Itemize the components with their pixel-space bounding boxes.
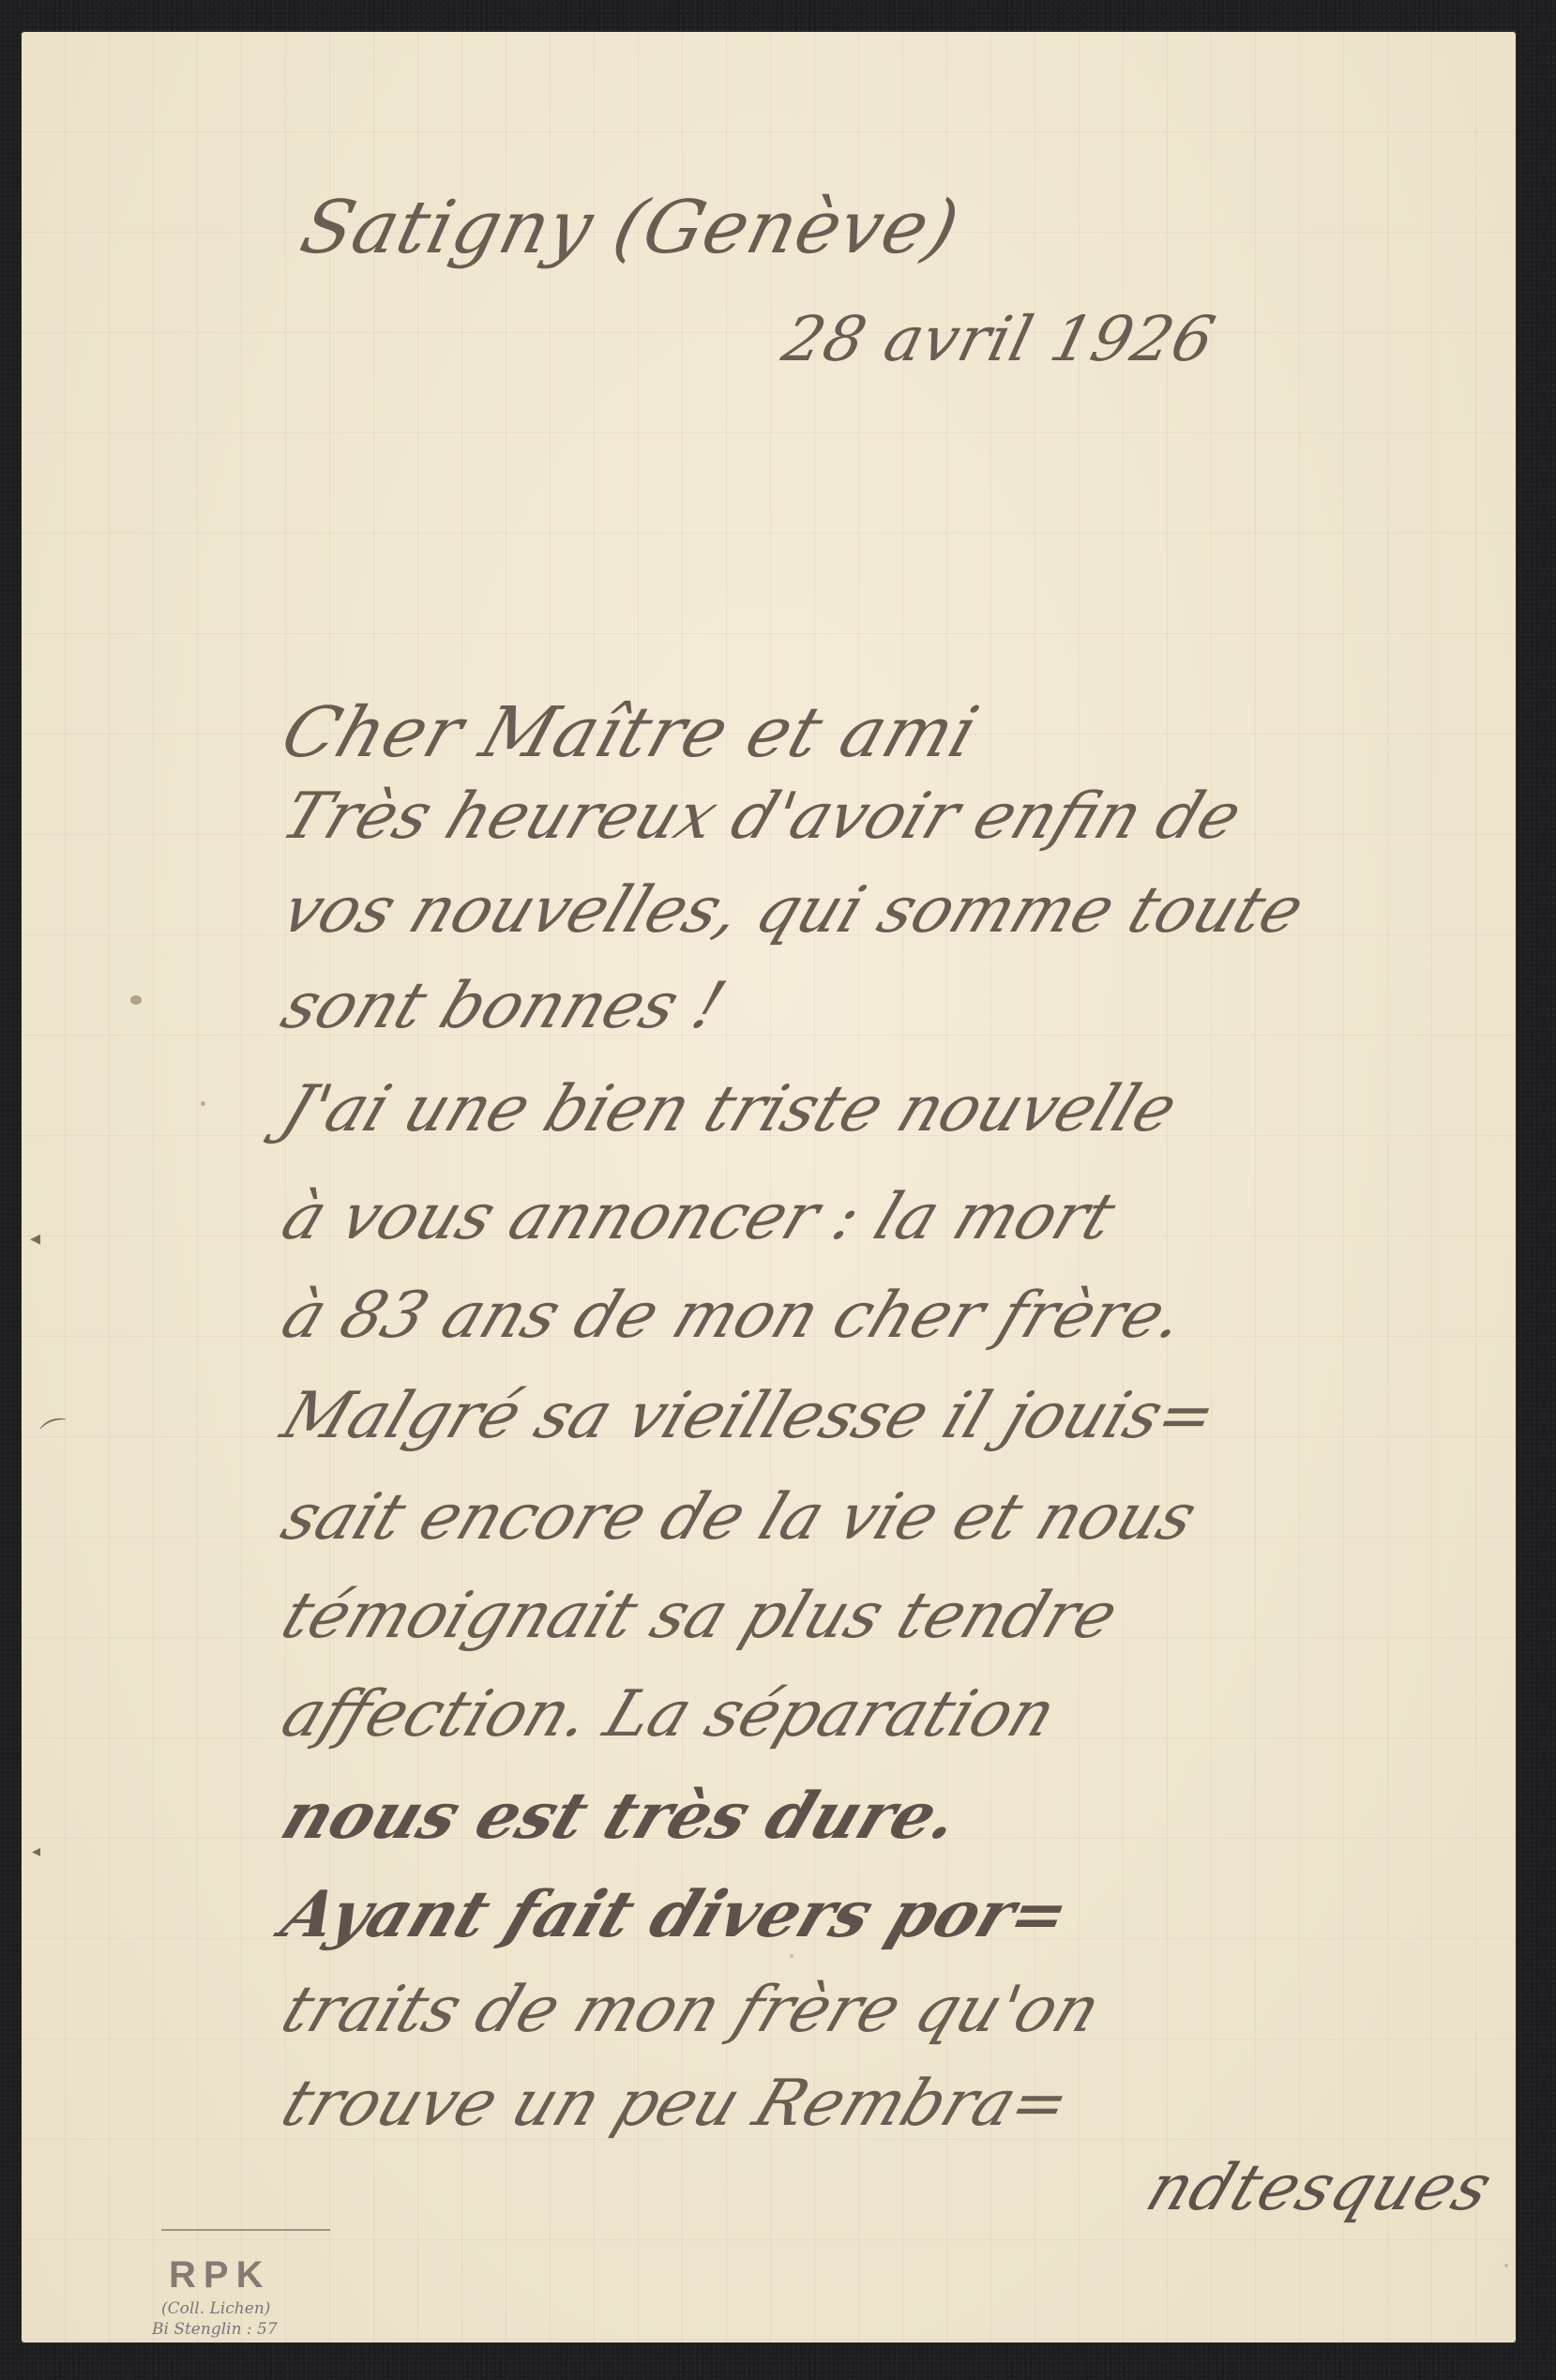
margin-ink-mark: ◂ [30,1227,40,1251]
margin-ink-mark: ⌒ [35,1406,75,1455]
letter-line: J'ai une bien triste nouvelle [272,1072,1187,1146]
letter-salutation: Cher Maître et ami [272,692,989,773]
letter-line: à vous annoncer : la mort [272,1180,1125,1254]
letter-line: nous est très dure. [272,1779,970,1854]
letter-line: sont bonnes ! [272,969,734,1043]
archive-divider [161,2229,330,2231]
letter-line: affection. La séparation [272,1677,1065,1751]
archive-note-collection: (Coll. Lichen) [161,2299,270,2318]
letter-sheet: ◂ ◂ ⌒ Satigny (Genève) 28 avril 1926 Che… [21,31,1517,2343]
paper-speck [130,995,142,1005]
archive-stamp-mark: RPK [169,2254,270,2297]
letter-line: à 83 ans de mon cher frère. [272,1279,1196,1353]
letter-line: témoignait sa plus tendre [272,1579,1127,1653]
paper-speck [201,1101,205,1106]
paper-speck [1504,2264,1508,2267]
letter-line: vos nouvelles, qui somme toute [272,873,1314,947]
paper-speck [790,1954,793,1958]
letter-line: traits de mon frère qu'on [272,1973,1110,2047]
letter-date: 28 avril 1926 [776,303,1223,375]
letter-line: sait encore de la vie et nous [272,1480,1206,1554]
letter-continuation: ndtesques [1137,2151,1503,2225]
letter-line: Très heureux d'avoir enfin de [272,780,1251,854]
letter-line: trouve un peu Rembra= [272,2067,1080,2141]
archive-note-shelfmark: Bi Stenglin : 57 [152,2320,278,2339]
letter-line: Ayant fait divers por= [272,1877,1080,1952]
letter-place: Satigny (Genève) [293,186,968,270]
letter-line: Malgré sa vieillesse il jouis= [272,1379,1227,1453]
margin-ink-mark: ◂ [32,1842,40,1861]
